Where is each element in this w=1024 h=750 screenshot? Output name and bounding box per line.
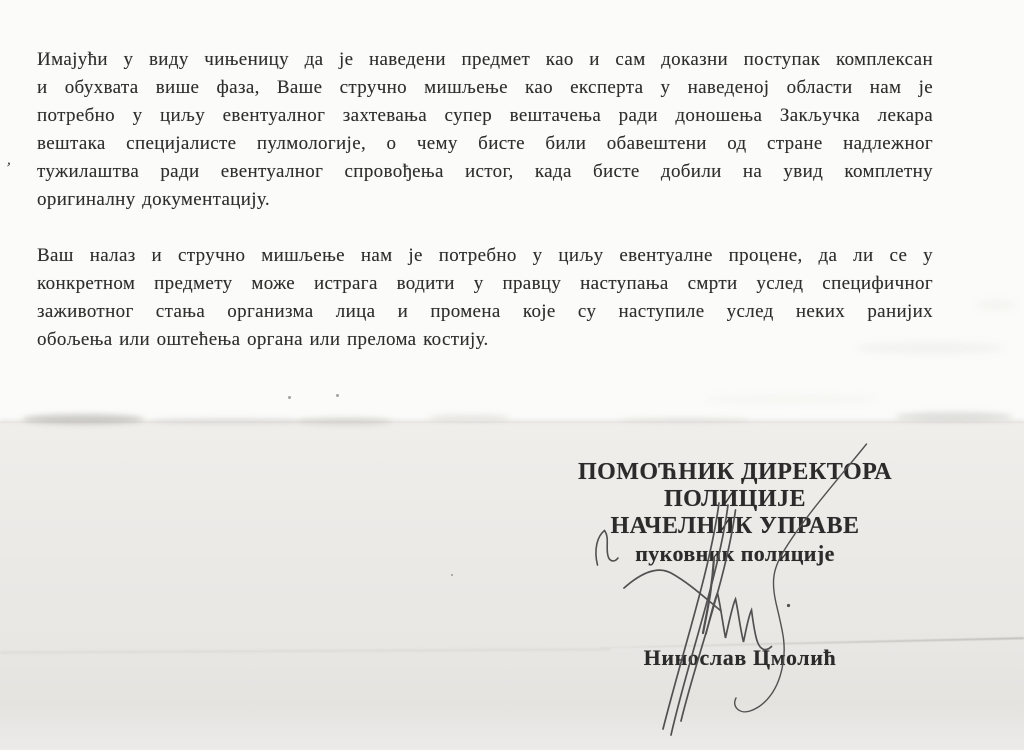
- scan-smudge: [700, 396, 880, 403]
- scan-noise-dot: [288, 396, 291, 399]
- text-line: вештака специјалисте пулмологије, о чему…: [37, 130, 933, 158]
- scan-smudge: [975, 300, 1017, 310]
- text-line: тужилаштва ради евентуалног спровођења и…: [37, 158, 933, 186]
- fold-smudge: [620, 417, 750, 422]
- signer-title-line: ПОМОЋНИК ДИРЕКТОРА: [510, 459, 960, 486]
- fold-smudge: [300, 417, 392, 425]
- scanned-letter-page: ’ Имајући у виду чињеницу да је наведени…: [0, 0, 1024, 750]
- text-line: Имајући у виду чињеницу да је наведени п…: [37, 46, 933, 74]
- text-line: и обухвата више фаза, Ваше стручно мишље…: [37, 74, 933, 102]
- text-line: обољења или оштећења органа или прелома …: [37, 326, 933, 354]
- fold-smudge: [895, 412, 1013, 421]
- signer-rank: пуковник полиције: [510, 540, 960, 567]
- text-line: оригиналну документацију.: [37, 186, 933, 214]
- fold-smudge: [150, 418, 310, 424]
- margin-tick-mark: ’: [3, 160, 12, 179]
- text-line: потребно у циљу евентуалног захтевања су…: [37, 102, 933, 130]
- fold-smudge: [428, 414, 510, 421]
- signer-title-line: НАЧЕЛНИК УПРАВЕ: [510, 513, 960, 540]
- scan-noise-dot: [336, 394, 339, 397]
- text-line: заживотног стања организма лица и промен…: [37, 298, 933, 326]
- paragraph-2: Ваш налаз и стручно мишљење нам је потре…: [37, 242, 933, 354]
- text-line: Ваш налаз и стручно мишљење нам је потре…: [37, 242, 933, 270]
- signer-title-line: ПОЛИЦИЈЕ: [510, 486, 960, 513]
- text-line: конкретном предмету може истрага водити …: [37, 270, 933, 298]
- scan-noise-dot: [451, 574, 453, 576]
- signatory-name: Нинослав Цмолић: [530, 645, 950, 671]
- fold-smudge: [22, 414, 144, 424]
- paragraph-1: Имајући у виду чињеницу да је наведени п…: [37, 46, 933, 214]
- signature-title-block: ПОМОЋНИК ДИРЕКТОРА ПОЛИЦИЈЕ НАЧЕЛНИК УПР…: [510, 459, 960, 567]
